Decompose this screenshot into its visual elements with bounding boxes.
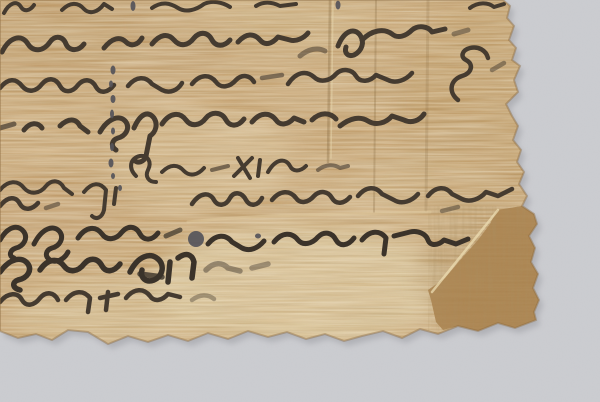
ink-stroke (114, 188, 116, 204)
papyrus-hole (336, 1, 341, 10)
papyrus-hole (131, 1, 136, 11)
ink-stroke (140, 274, 162, 277)
papyrus-hole (110, 143, 114, 151)
ink-stroke (106, 292, 108, 310)
papyrus-hole (188, 231, 204, 247)
papyrus-hole (111, 128, 115, 135)
papyrus-hole (255, 234, 261, 239)
papyrus-hole (109, 81, 113, 88)
ink-stroke (262, 75, 282, 78)
papyrus-hole (111, 66, 116, 75)
papyrus-hole (111, 173, 115, 179)
papyrus-hole (118, 185, 122, 191)
photo-canvas (0, 0, 600, 402)
papyrus-hole (109, 159, 114, 168)
papyrus-fragment-photo (0, 0, 600, 402)
ink-stroke (168, 262, 170, 282)
ink-stroke (252, 264, 268, 268)
papyrus-hole (111, 95, 116, 103)
ink-stroke (258, 160, 260, 176)
crease-line (426, 0, 428, 210)
papyrus-hole (110, 110, 114, 119)
